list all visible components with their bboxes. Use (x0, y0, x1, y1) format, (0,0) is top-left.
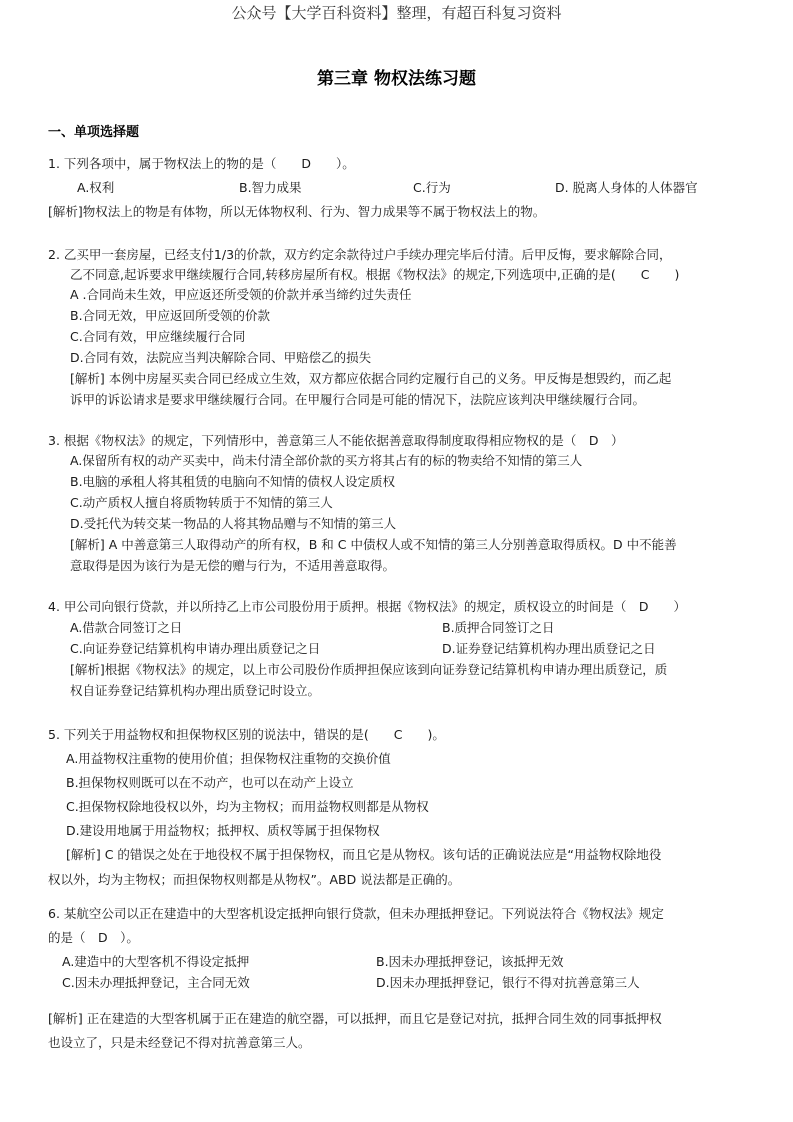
option-a: A.用益物权注重物的使用价值；担保物权注重物的交换价值 (66, 751, 391, 767)
analysis-cont: 也设立了，只是未经登记不得对抗善意第三人。 (48, 1035, 311, 1051)
option-b: B.担保物权则既可以在不动产，也可以在动产上设立 (66, 775, 354, 791)
question-stem-cont: 的是（ D ）。 (48, 930, 139, 946)
option-c: C.动产质权人擅自将质物转质于不知情的第三人 (70, 495, 333, 511)
question-stem: 3. 根据《物权法》的规定，下列情形中，善意第三人不能依据善意取得制度取得相应物… (48, 433, 624, 449)
question-stem: 1. 下列各项中，属于物权法上的物的是（ D ）。 (48, 156, 355, 172)
option-b: B.合同无效，甲应返回所受领的价款 (70, 308, 270, 324)
question-stem: 2. 乙买甲一套房屋，已经支付1/3的价款，双方约定余款待过户手续办理完毕后付清… (48, 247, 672, 263)
option-b: B.电脑的承租人将其租赁的电脑向不知情的债权人设定质权 (70, 474, 395, 490)
option-a: A .合同尚未生效，甲应返还所受领的价款并承当缔约过失责任 (70, 287, 412, 303)
analysis-cont: 意取得是因为该行为是无偿的赠与行为，不适用善意取得。 (70, 558, 395, 574)
analysis-cont: 权以外，均为主物权；而担保物权则都是从物权”。ABD 说法都是正确的。 (48, 872, 460, 888)
option-a: A.权利 (77, 180, 114, 196)
option-d: D.证券登记结算机构办理出质登记之日 (442, 641, 656, 657)
question-stem: 4. 甲公司向银行贷款，并以所持乙上市公司股份用于质押。根据《物权法》的规定，质… (48, 599, 686, 615)
option-d: D. 脱离人身体的人体器官 (555, 180, 698, 196)
option-c: C.担保物权除地役权以外，均为主物权；而用益物权则都是从物权 (66, 799, 429, 815)
option-d: D.受托代为转交某一物品的人将其物品赠与不知情的第三人 (70, 516, 396, 532)
analysis-cont: 诉甲的诉讼请求是要求甲继续履行合同。在甲履行合同是可能的情况下，法院应该判决甲继… (70, 392, 645, 408)
option-a: A.保留所有权的动产买卖中，尚未付清全部价款的买方将其占有的标的物卖给不知情的第… (70, 453, 582, 469)
question-stem: 5. 下列关于用益物权和担保物权区别的说法中，错误的是( C )。 (48, 727, 445, 743)
option-b: B.质押合同签订之日 (442, 620, 555, 636)
analysis-cont: 权自证券登记结算机构办理出质登记时设立。 (70, 683, 320, 699)
option-a: A.建造中的大型客机不得设定抵押 (62, 954, 249, 970)
analysis: [解析] A 中善意第三人取得动产的所有权，B 和 C 中债权人或不知情的第三人… (70, 537, 677, 553)
analysis: [解析] 正在建造的大型客机属于正在建造的航空器，可以抵押，而且它是登记对抗，抵… (48, 1011, 662, 1027)
question-stem: 6. 某航空公司以正在建造中的大型客机设定抵押向银行贷款，但未办理抵押登记。下列… (48, 906, 664, 922)
option-c: C.向证券登记结算机构申请办理出质登记之日 (70, 641, 320, 657)
option-b: B.因未办理抵押登记，该抵押无效 (376, 954, 564, 970)
page-header-watermark: 公众号【大学百科资料】整理，有超百科复习资料 (0, 2, 793, 23)
option-c: C.合同有效，甲应继续履行合同 (70, 329, 245, 345)
question-stem-cont: 乙不同意,起诉要求甲继续履行合同,转移房屋所有权。根据《物权法》的规定,下列选项… (70, 267, 679, 283)
analysis: [解析]根据《物权法》的规定，以上市公司股份作质押担保应该到向证券登记结算机构申… (70, 662, 667, 678)
option-b: B.智力成果 (239, 180, 302, 196)
analysis: [解析] 本例中房屋买卖合同已经成立生效，双方都应依据合同约定履行自己的义务。甲… (70, 371, 671, 387)
option-c: C.因未办理抵押登记，主合同无效 (62, 975, 250, 991)
section-heading: 一、单项选择题 (48, 121, 139, 140)
option-c: C.行为 (413, 180, 451, 196)
chapter-title: 第三章 物权法练习题 (0, 64, 793, 89)
option-d: D.因未办理抵押登记，银行不得对抗善意第三人 (376, 975, 640, 991)
option-d: D.合同有效，法院应当判决解除合同、甲赔偿乙的损失 (70, 350, 371, 366)
analysis: [解析] C 的错误之处在于地役权不属于担保物权，而且它是从物权。该句话的正确说… (66, 847, 661, 863)
analysis: [解析]物权法上的物是有体物，所以无体物权利、行为、智力成果等不属于物权法上的物… (48, 204, 545, 220)
option-a: A.借款合同签订之日 (70, 620, 182, 636)
option-d: D.建设用地属于用益物权；抵押权、质权等属于担保物权 (66, 823, 380, 839)
